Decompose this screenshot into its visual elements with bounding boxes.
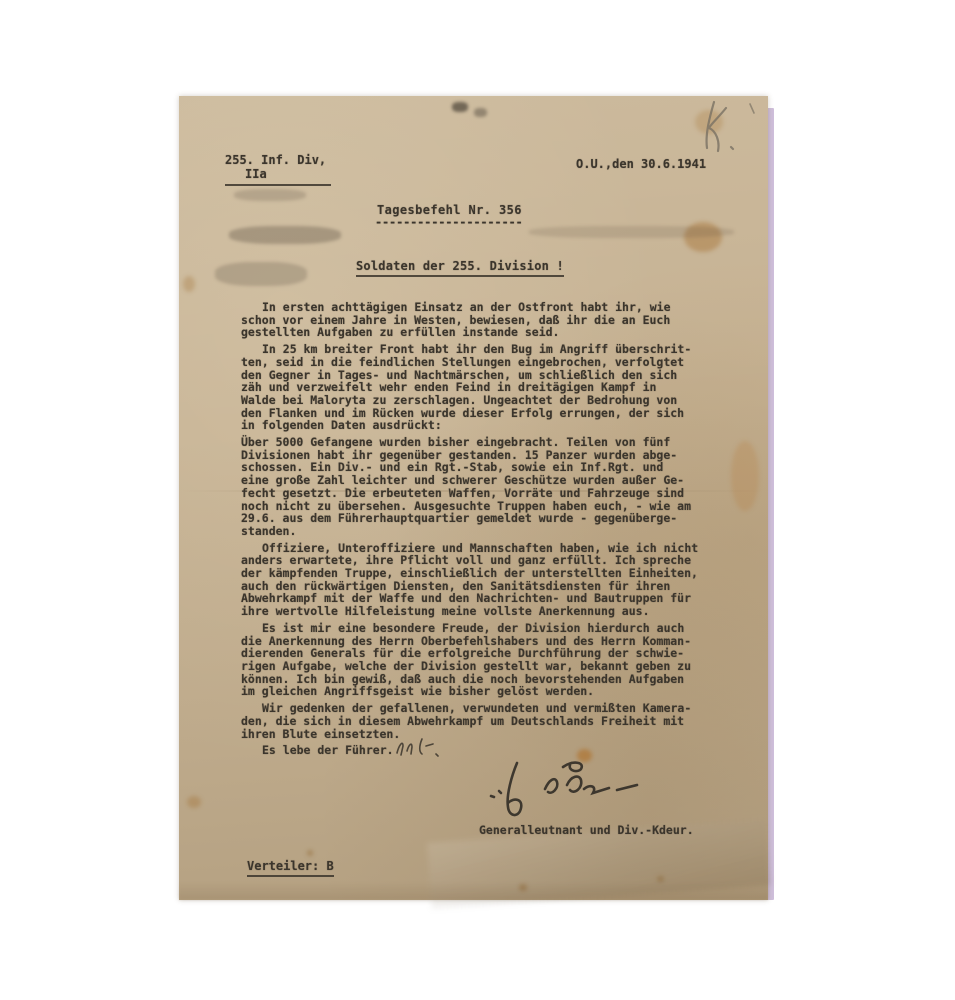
salutation: Soldaten der 255. Division ! [356, 259, 564, 277]
signature-scribble [477, 760, 672, 826]
stain [307, 850, 313, 856]
distribution-note: Verteiler: B [247, 859, 334, 877]
paragraph-1: In ersten achttägigen Einsatz an der Ost… [241, 301, 727, 339]
stain [183, 276, 195, 292]
paragraph-3: Über 5000 Gefangene wurden bisher eingeb… [241, 436, 727, 538]
stain [684, 222, 722, 252]
stain [657, 876, 664, 882]
ink-smudge [229, 226, 341, 244]
unit-designation: 255. Inf. Div, IIa [225, 153, 331, 186]
pencil-tick-mark [747, 102, 757, 116]
paragraph-4: Offiziere, Unteroffiziere und Mannschaft… [241, 542, 727, 618]
stain [731, 441, 759, 511]
signature-caption: Generalleutnant und Div.-Kdeur. [479, 823, 694, 837]
pencil-initial-mark [692, 98, 738, 156]
handwritten-initials [391, 736, 443, 760]
stain [187, 796, 201, 808]
ink-smudge [215, 262, 307, 286]
ink-smudge [452, 102, 468, 112]
stain [519, 884, 527, 891]
paragraph-2: In 25 km breiter Front habt ihr den Bug … [241, 343, 727, 432]
order-body: In ersten achttägigen Einsatz an der Ost… [241, 301, 727, 761]
ink-smudge [529, 226, 734, 238]
ink-smudge [474, 108, 487, 117]
ink-smudge [234, 189, 306, 201]
dateline: O.U.,den 30.6.1941 [576, 157, 706, 171]
closing-line: Es lebe der Führer. [241, 744, 727, 757]
title-underline: --------------------- [375, 215, 523, 229]
paper-wrinkle [179, 882, 768, 900]
paragraph-6: Wir gedenken der gefallenen, verwundeten… [241, 702, 727, 740]
unit-line2: IIa [225, 167, 331, 181]
paragraph-5: Es ist mir eine besondere Freude, der Di… [241, 622, 727, 698]
scan-background: { "colors": { "background": "#ffffff", "… [0, 0, 955, 1000]
document-page: 255. Inf. Div, IIa O.U.,den 30.6.1941 Ta… [179, 96, 768, 900]
unit-line1: 255. Inf. Div, [225, 153, 331, 167]
